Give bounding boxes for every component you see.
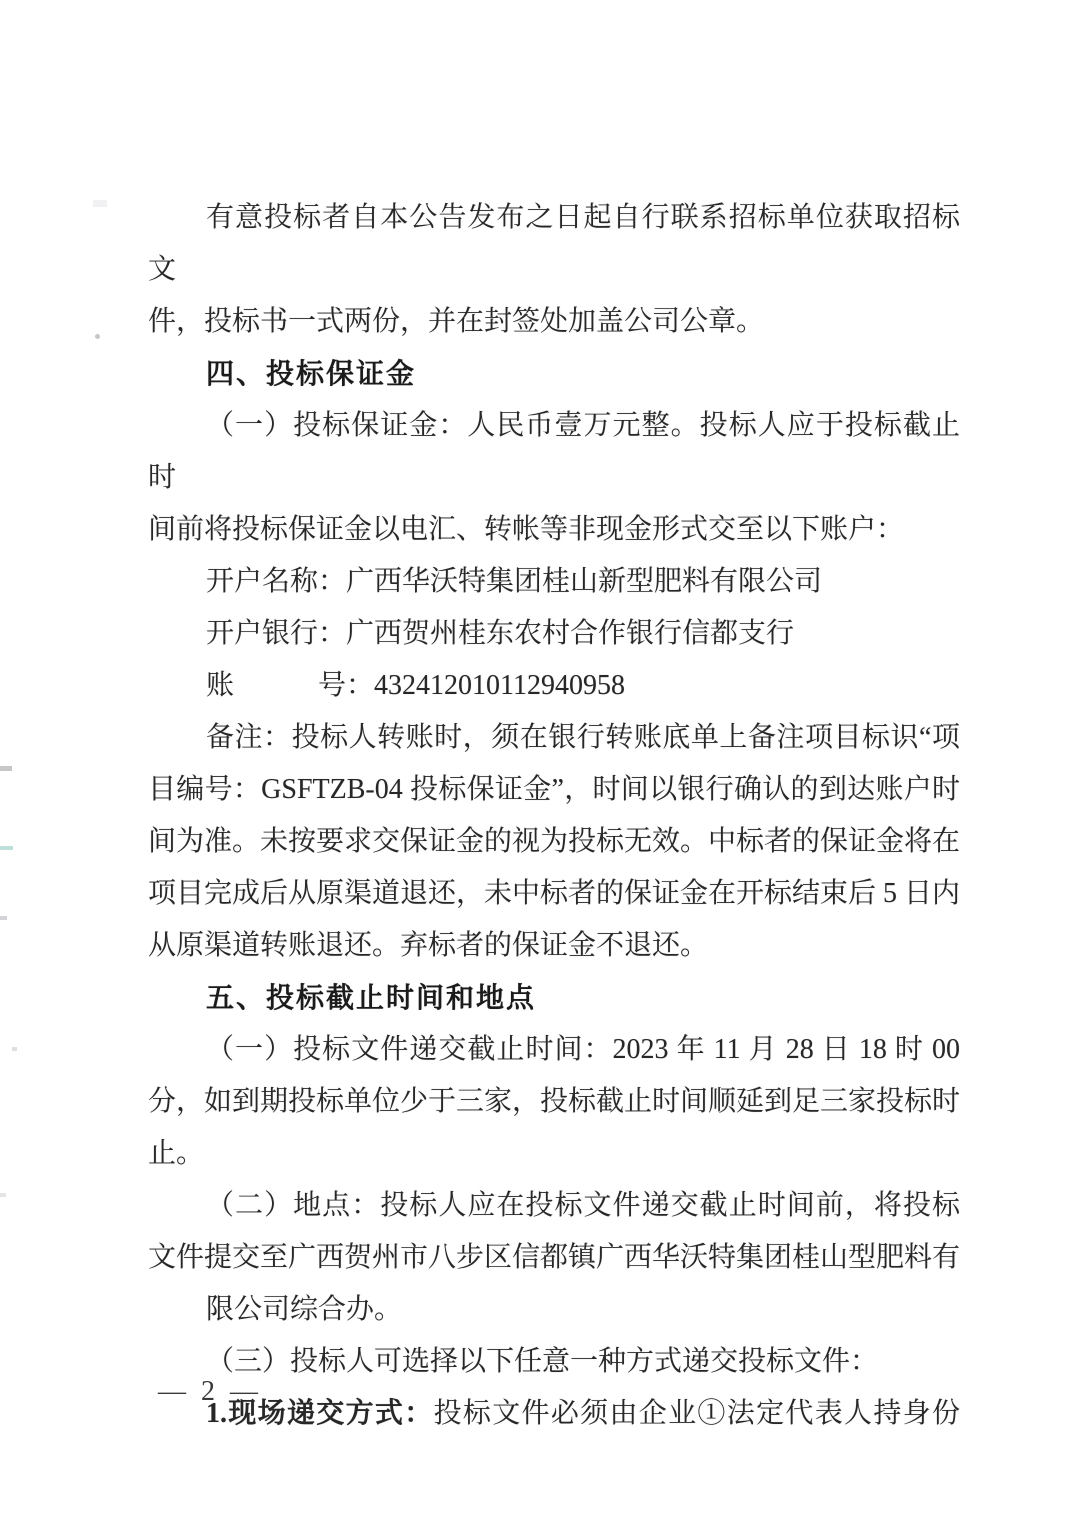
doc-line: 止。 [148,1128,960,1180]
scanned-document-page: 有意投标者自本公告发布之日起自行联系招标单位获取招标文 件，投标书一式两份，并在… [0,0,1080,1527]
doc-line: 从原渠道转账退还。弃标者的保证金不退还。 [148,920,960,972]
doc-line: 备注：投标人转账时，须在银行转账底单上备注项目标识“项 [148,712,960,764]
scan-artifact-dot [95,334,100,339]
doc-line: 限公司综合办。 [148,1284,960,1336]
scan-artifact-smudge [93,200,107,207]
submission-method-text: 投标文件必须由企业①法定代表人持身份 [434,1398,960,1429]
doc-line: 间为准。未按要求交保证金的视为投标无效。中标者的保证金将在 [148,816,960,868]
doc-line: 项目完成后从原渠道退还，未中标者的保证金在开标结束后 5 日内 [148,868,960,920]
section-heading-deadline-location: 五、投标截止时间和地点 [148,972,960,1024]
document-body: 有意投标者自本公告发布之日起自行联系招标单位获取招标文 件，投标书一式两份，并在… [148,192,960,1440]
doc-line: 目编号：GSFTZB-04 投标保证金”，时间以银行确认的到达账户时 [148,764,960,816]
doc-line: （一）投标保证金：人民币壹万元整。投标人应于投标截止时 [148,400,960,504]
scan-artifact-mark [0,766,12,771]
account-number-line: 账 号：432412010112940958 [148,660,960,712]
doc-line: （三）投标人可选择以下任意一种方式递交投标文件： [148,1336,960,1388]
doc-line: 间前将投标保证金以电汇、转帐等非现金形式交至以下账户： [148,504,960,556]
scan-artifact-teal-mark [0,846,13,850]
account-name-line: 开户名称：广西华沃特集团桂山新型肥料有限公司 [148,556,960,608]
doc-line: 文件提交至广西贺州市八步区信都镇广西华沃特集团桂山型肥料有 [148,1232,960,1284]
page-number: — 2 — [158,1366,262,1418]
deadline-line: （一）投标文件递交截止时间：2023 年 11 月 28 日 18 时 00 [148,1024,960,1076]
doc-line: 分，如到期投标单位少于三家，投标截止时间顺延到足三家投标时 [148,1076,960,1128]
bank-name-line: 开户银行：广西贺州桂东农村合作银行信都支行 [148,608,960,660]
submission-method-line: 1.现场递交方式：投标文件必须由企业①法定代表人持身份 [148,1388,960,1440]
location-line: （二）地点：投标人应在投标文件递交截止时间前，将投标 [148,1180,960,1232]
scan-artifact-dot [12,1047,17,1051]
doc-line: 有意投标者自本公告发布之日起自行联系招标单位获取招标文 [148,192,960,296]
scan-artifact-dot [0,1193,6,1197]
section-heading-bid-deposit: 四、投标保证金 [148,348,960,400]
doc-line: 件，投标书一式两份，并在封签处加盖公司公章。 [148,296,960,348]
scan-artifact-mark [0,916,7,920]
